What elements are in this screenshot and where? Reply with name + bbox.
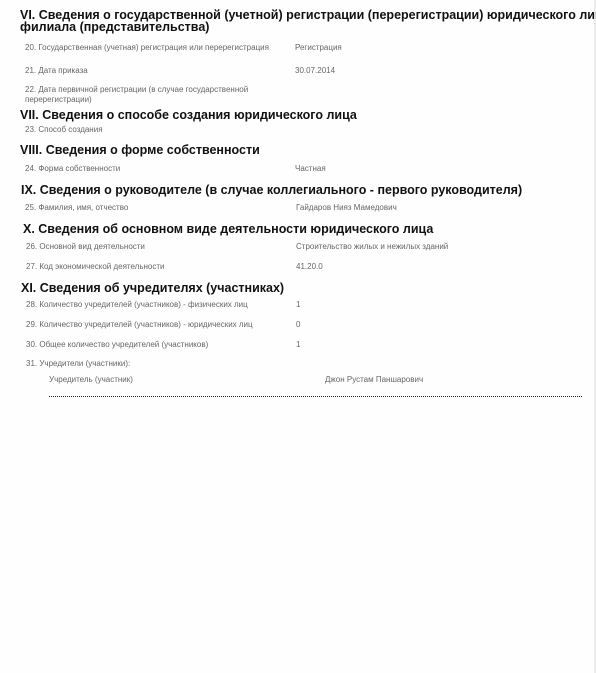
field-28-value: 1	[296, 300, 300, 310]
field-30-value: 1	[296, 340, 300, 350]
section-11-title: XI. Сведения об учредителях (участниках)	[21, 282, 284, 294]
section-9-title: IX. Сведения о руководителе (в случае ко…	[21, 184, 522, 196]
field-22-label: 22. Дата первичной регистрации (в случае…	[25, 85, 255, 104]
field-26-label: 26. Основной вид деятельности	[26, 242, 145, 252]
field-27-value: 41.20.0	[296, 262, 323, 272]
field-20-value: Регистрация	[295, 43, 342, 53]
field-29-value: 0	[296, 320, 300, 330]
field-23-label: 23. Способ создания	[25, 125, 103, 135]
field-24-label: 24. Форма собственности	[25, 164, 120, 174]
section-8-title: VIII. Сведения о форме собственности	[20, 144, 260, 156]
field-25-value: Гайдаров Нияз Мамедович	[296, 203, 397, 213]
document-page: VI. Сведения о государственной (учетной)…	[0, 0, 596, 673]
founder-separator	[49, 396, 582, 397]
field-29-label: 29. Количество учредителей (участников) …	[26, 320, 253, 330]
field-21-value: 30.07.2014	[295, 66, 335, 76]
field-31-label: 31. Учредители (участники):	[26, 359, 130, 369]
field-24-value: Частная	[295, 164, 326, 174]
founder-label: Учредитель (участник)	[49, 375, 133, 385]
section-6-title-line2: филиала (представительства)	[20, 20, 209, 34]
field-30-label: 30. Общее количество учредителей (участн…	[26, 340, 208, 350]
field-20-label: 20. Государственная (учетная) регистраци…	[25, 43, 269, 53]
field-25-label: 25. Фамилия, имя, отчество	[25, 203, 128, 213]
field-26-value: Строительство жилых и нежилых зданий	[296, 242, 448, 252]
founder-name: Джон Рустам Паншарович	[325, 375, 423, 385]
section-6-title: VI. Сведения о государственной (учетной)…	[20, 9, 596, 33]
field-21-label: 21. Дата приказа	[25, 66, 88, 76]
section-7-title: VII. Сведения о способе создания юридиче…	[20, 109, 357, 121]
field-27-label: 27. Код экономической деятельности	[26, 262, 165, 272]
field-28-label: 28. Количество учредителей (участников) …	[26, 300, 248, 310]
section-10-title: X. Сведения об основном виде деятельност…	[23, 223, 433, 235]
